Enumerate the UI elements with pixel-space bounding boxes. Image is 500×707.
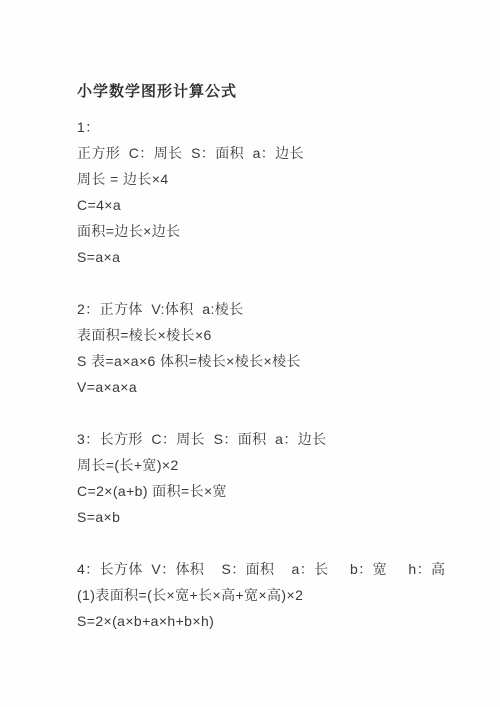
formula-line: C=4×a bbox=[77, 192, 470, 218]
formula-line: S=2×(a×b+a×h+b×h) bbox=[77, 608, 470, 634]
section-header: 3：长方形 C：周长 S：面积 a：边长 bbox=[77, 426, 470, 452]
section-header: 2：正方体 V:体积 a:棱长 bbox=[77, 296, 470, 322]
formula-line: V=a×a×a bbox=[77, 374, 470, 400]
formula-line: S=a×a bbox=[77, 244, 470, 270]
section-cuboid: 4：长方体 V：体积 S：面积 a：长 b：宽 h：高 (1)表面积=(长×宽+… bbox=[77, 556, 470, 634]
section-rectangle: 3：长方形 C：周长 S：面积 a：边长 周长=(长+宽)×2 C=2×(a+b… bbox=[77, 426, 470, 530]
formula-line: S 表=a×a×6 体积=棱长×棱长×棱长 bbox=[77, 348, 470, 374]
document-page: 小学数学图形计算公式 1： 正方形 C：周长 S：面积 a：边长 周长 = 边长… bbox=[0, 0, 500, 707]
formula-line: 周长=(长+宽)×2 bbox=[77, 452, 470, 478]
formula-line: 表面积=棱长×棱长×6 bbox=[77, 322, 470, 348]
section-cube: 2：正方体 V:体积 a:棱长 表面积=棱长×棱长×6 S 表=a×a×6 体积… bbox=[77, 296, 470, 400]
formula-line: 正方形 C：周长 S：面积 a：边长 bbox=[77, 140, 470, 166]
formula-line: 周长 = 边长×4 bbox=[77, 166, 470, 192]
formula-line: 面积=边长×边长 bbox=[77, 218, 470, 244]
formula-line: S=a×b bbox=[77, 504, 470, 530]
formula-line: C=2×(a+b) 面积=长×宽 bbox=[77, 478, 470, 504]
section-number: 1： bbox=[77, 114, 470, 140]
formula-line: (1)表面积=(长×宽+长×高+宽×高)×2 bbox=[77, 582, 470, 608]
section-header: 4：长方体 V：体积 S：面积 a：长 b：宽 h：高 bbox=[77, 556, 470, 582]
page-title: 小学数学图形计算公式 bbox=[77, 84, 470, 100]
section-square: 1： 正方形 C：周长 S：面积 a：边长 周长 = 边长×4 C=4×a 面积… bbox=[77, 114, 470, 270]
document-content: 小学数学图形计算公式 1： 正方形 C：周长 S：面积 a：边长 周长 = 边长… bbox=[0, 0, 500, 634]
